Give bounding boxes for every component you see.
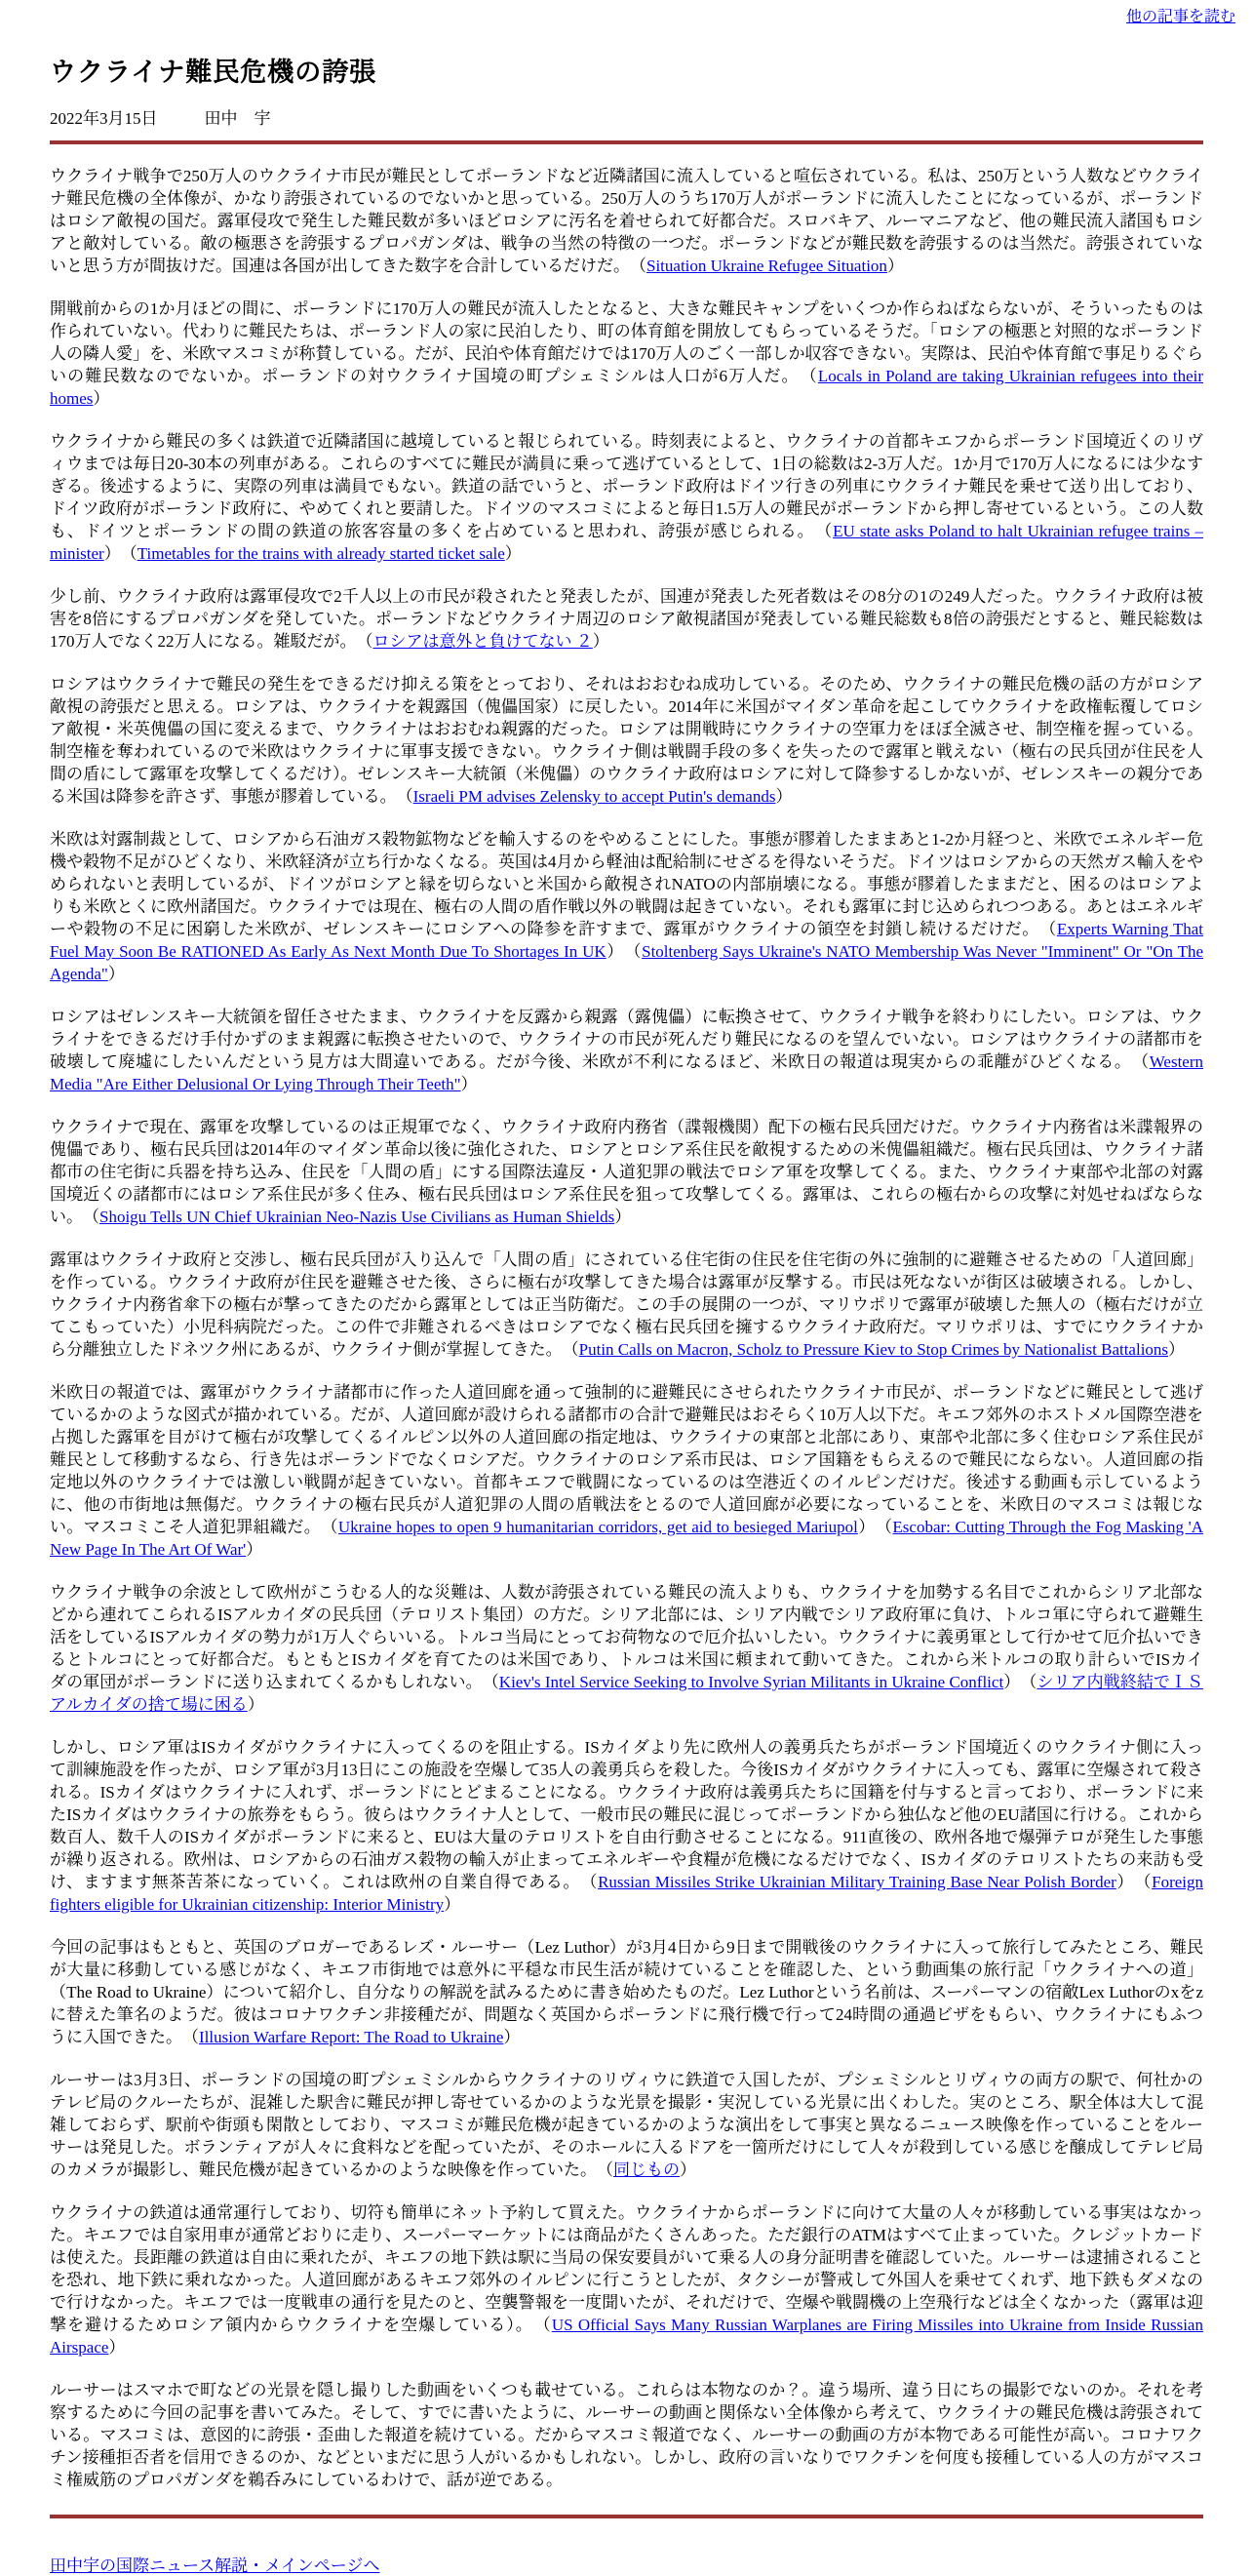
paragraph: ウクライナ戦争で250万人のウクライナ市民が難民としてポーランドなど近隣諸国に流… [50, 165, 1203, 277]
paragraph: ルーサーは3月3日、ポーランドの国境の町プシェミシルからウクライナのリヴィウに鉄… [50, 2069, 1203, 2181]
page-title: ウクライナ難民危機の誇張 [50, 51, 1203, 89]
article-page: ウクライナ難民危機の誇張 2022年3月15日田中 宇 ウクライナ戦争で250万… [50, 51, 1203, 2576]
separator-rule-bottom [50, 2515, 1203, 2518]
paragraph: 米欧日の報道では、露軍がウクライナ諸都市に作った人道回廊を通って強制的に避難民に… [50, 1381, 1203, 1561]
inline-link[interactable]: ロシアは意外と負けてない ２ [373, 632, 593, 651]
inline-link[interactable]: Situation Ukraine Refugee Situation [646, 257, 887, 275]
paragraph: 今回の記事はもともと、英国のブロガーであるレズ・ルーサー（Lez Luthor）… [50, 1936, 1203, 2048]
paragraph: ウクライナから難民の多くは鉄道で近隣諸国に越境していると報じられている。時刻表に… [50, 430, 1203, 565]
byline: 2022年3月15日田中 宇 [50, 104, 1203, 129]
article-date: 2022年3月15日 [50, 109, 158, 128]
top-link-row: 他の記事を読む [0, 0, 1252, 27]
paragraph: ロシアはゼレンスキー大統領を留任させたまま、ウクライナを反露から親露（露傀儡）に… [50, 1006, 1203, 1095]
inline-link[interactable]: Kiev's Intel Service Seeking to Involve … [499, 1673, 1003, 1691]
article-author: 田中 宇 [205, 109, 271, 128]
inline-link[interactable]: Russian Missiles Strike Ukrainian Milita… [598, 1873, 1116, 1891]
article-body: ウクライナ戦争で250万人のウクライナ市民が難民としてポーランドなど近隣諸国に流… [50, 165, 1203, 2491]
paragraph: 露軍はウクライナ政府と交渉し、極右民兵団が入り込んで「人間の盾」にされている住宅… [50, 1248, 1203, 1361]
main-page-link[interactable]: 田中宇の国際ニュース解説・メインページへ [50, 2556, 379, 2575]
inline-link[interactable]: Putin Calls on Macron, Scholz to Pressur… [579, 1340, 1168, 1359]
inline-link[interactable]: Israeli PM advises Zelensky to accept Pu… [413, 787, 776, 806]
paragraph: 開戦前からの1か月ほどの間に、ポーランドに170万人の難民が流入したとなると、大… [50, 297, 1203, 410]
paragraph: 米欧は対露制裁として、ロシアから石油ガス穀物鉱物などを輸入するのをやめることにし… [50, 828, 1203, 985]
paragraph: ルーサーはスマホで町などの光景を隠し撮りした動画をいくつも載せている。これらは本… [50, 2379, 1203, 2491]
other-articles-link[interactable]: 他の記事を読む [1126, 9, 1235, 25]
inline-link[interactable]: Locals in Poland are taking Ukrainian re… [50, 367, 1203, 408]
page: { "page": { "top_link_label": "他の記事を読む",… [0, 0, 1252, 2576]
inline-link[interactable]: Ukraine hopes to open 9 humanitarian cor… [338, 1518, 858, 1536]
inline-link[interactable]: Western Media "Are Either Delusional Or … [50, 1052, 1203, 1093]
paragraph: ロシアはウクライナで難民の発生をできるだけ抑える策をとっており、それはおおむね成… [50, 673, 1203, 808]
separator-rule-top [50, 140, 1203, 144]
inline-link[interactable]: Timetables for the trains with already s… [137, 544, 505, 563]
inline-link[interactable]: US Official Says Many Russian Warplanes … [50, 2316, 1203, 2357]
paragraph: ウクライナで現在、露軍を攻撃しているのは正規軍でなく、ウクライナ政府内務省（諜報… [50, 1116, 1203, 1228]
paragraph: ウクライナの鉄道は通常運行しており、切符も簡単にネット予約して買えた。ウクライナ… [50, 2201, 1203, 2358]
paragraph: ウクライナ戦争の余波として欧州がこうむる人的な災難は、人数が誇張されている難民の… [50, 1581, 1203, 1716]
footer-link-row: 田中宇の国際ニュース解説・メインページへ [50, 2552, 1203, 2576]
inline-link[interactable]: 同じもの [613, 2160, 680, 2179]
paragraph: しかし、ロシア軍はISカイダがウクライナに入ってくるのを阻止する。ISカイダより… [50, 1736, 1203, 1916]
inline-link[interactable]: Illusion Warfare Report: The Road to Ukr… [199, 2028, 503, 2046]
inline-link[interactable]: Shoigu Tells UN Chief Ukrainian Neo-Nazi… [99, 1208, 614, 1226]
paragraph: 少し前、ウクライナ政府は露軍侵攻で2千人以上の市民が殺されたと発表したが、国連が… [50, 585, 1203, 653]
